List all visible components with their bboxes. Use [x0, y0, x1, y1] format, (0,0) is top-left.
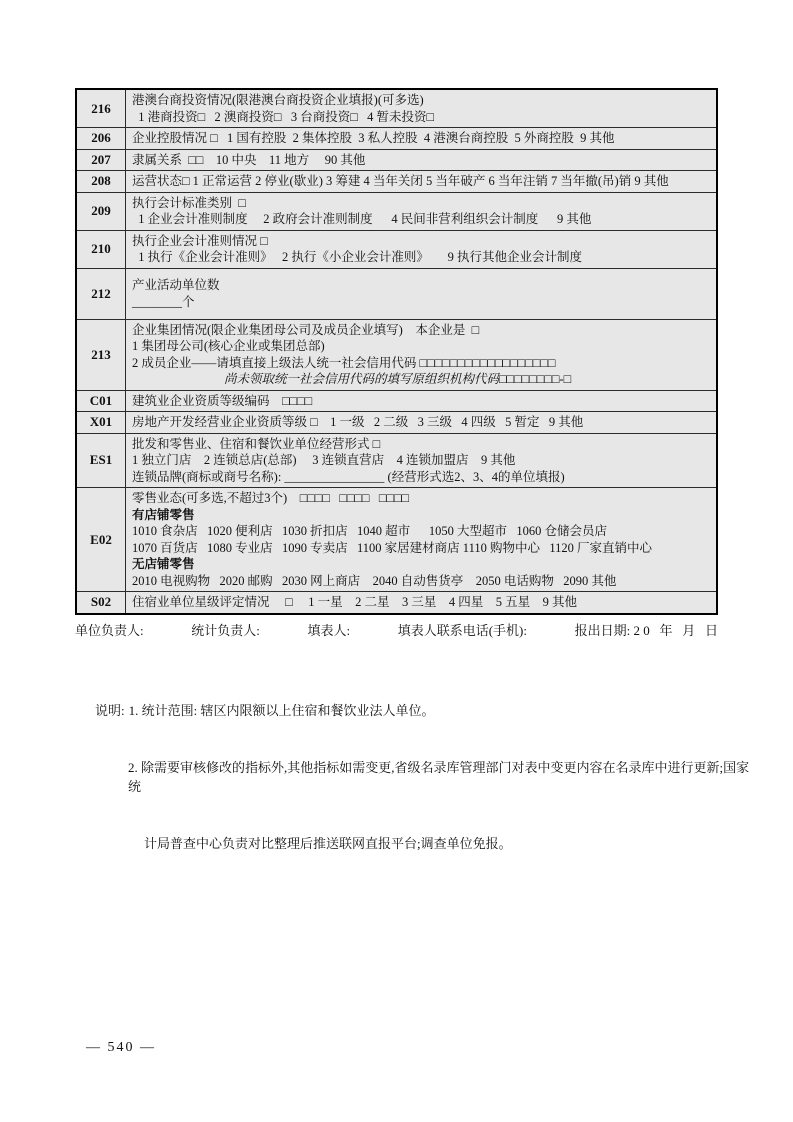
form-options-line: 2010 电视购物 2020 邮购 2030 网上商店 2040 自动售货亭 2…: [132, 573, 710, 590]
row-content: 企业控股情况 □ 1 国有控股 2 集体控股 3 私人控股 4 港澳台商控股 5…: [126, 128, 718, 150]
notes-label: 说明:: [95, 701, 125, 720]
form-filler-label: 填表人:: [307, 620, 350, 639]
row-code: 208: [76, 171, 126, 193]
org-code-note-line: 尚未领取统一社会信用代码的填写原组织机构代码□□□□□□□□-□: [224, 371, 710, 388]
row-content: 港澳台商投资情况(限港澳台商投资企业填报)(可多选) 1 港商投资□ 2 澳商投…: [126, 89, 718, 128]
form-options-line: 1 企业会计准则制度 2 政府会计准则制度 4 民间非营利组织会计制度 9 其他: [132, 211, 710, 228]
form-text-line: 零售业态(可多选,不超过3个) □□□□ □□□□ □□□□: [132, 490, 710, 507]
fill-blank-line: 连锁品牌(商标或商号名称): ________________ (经营形式选2、…: [132, 469, 710, 486]
row-code: C01: [76, 390, 126, 412]
notes-block: 说明: 1. 统计范围: 辖区内限额以上住宿和餐饮业法人单位。 2. 除需要审核…: [95, 663, 757, 891]
row-code: S02: [76, 592, 126, 614]
row-code: 216: [76, 89, 126, 128]
survey-table: 216 港澳台商投资情况(限港澳台商投资企业填报)(可多选) 1 港商投资□ 2…: [75, 88, 718, 615]
form-options-line: 住宿业单位星级评定情况 □ 1 一星 2 二星 3 三星 4 四星 5 五星 9…: [132, 594, 710, 611]
table-row-S02: S02 住宿业单位星级评定情况 □ 1 一星 2 二星 3 三星 4 四星 5 …: [76, 592, 717, 614]
form-options-line: 1 执行《企业会计准则》 2 执行《小企业会计准则》 9 执行其他企业会计制度: [132, 249, 710, 266]
table-row-ES1: ES1 批发和零售业、住宿和餐饮业单位经营形式 □ 1 独立门店 2 连锁总店(…: [76, 433, 717, 488]
form-options-line: 企业控股情况 □ 1 国有控股 2 集体控股 3 私人控股 4 港澳台商控股 5…: [132, 130, 710, 147]
form-sheet: 216 港澳台商投资情况(限港澳台商投资企业填报)(可多选) 1 港商投资□ 2…: [75, 88, 718, 891]
row-content: 房地产开发经营业企业资质等级 □ 1 一级 2 二级 3 三级 4 四级 5 暂…: [126, 412, 718, 434]
form-text-line: 执行企业会计准则情况 □: [132, 233, 710, 250]
row-content: 执行会计标准类别 □ 1 企业会计准则制度 2 政府会计准则制度 4 民间非营利…: [126, 192, 718, 230]
table-row-E02: E02 零售业态(可多选,不超过3个) □□□□ □□□□ □□□□ 有店铺零售…: [76, 488, 717, 592]
row-code: 213: [76, 319, 126, 390]
note-item-2-continued: 计局普查中心负责对比整理后推送联网直报平台;调查单位免报。: [144, 834, 757, 853]
row-content: 产业活动单位数 ________个: [126, 268, 718, 319]
form-options-line: 房地产开发经营业企业资质等级 □ 1 一级 2 二级 3 三级 4 四级 5 暂…: [132, 414, 710, 431]
row-content: 隶属关系 □□ 10 中央 11 地方 90 其他: [126, 149, 718, 171]
row-content: 住宿业单位星级评定情况 □ 1 一星 2 二星 3 三星 4 四星 5 五星 9…: [126, 592, 718, 614]
row-code: ES1: [76, 433, 126, 488]
form-text-line: 产业活动单位数: [132, 277, 710, 294]
table-row-212: 212 产业活动单位数 ________个: [76, 268, 717, 319]
form-text-line: 批发和零售业、住宿和餐饮业单位经营形式 □: [132, 436, 710, 453]
credit-code-boxes-line: 2 成员企业——请填直接上级法人统一社会信用代码 □□□□□□□□□□□□□□□…: [132, 355, 710, 372]
form-options-line: 1010 食杂店 1020 便利店 1030 折扣店 1040 超市 1050 …: [132, 523, 710, 540]
unit-head-label: 单位负责人:: [75, 620, 144, 639]
section-heading-nonstore-retail: 无店铺零售: [132, 556, 710, 573]
row-code: 212: [76, 268, 126, 319]
row-content: 企业集团情况(限企业集团母公司及成员企业填写) 本企业是 □ 1 集团母公司(核…: [126, 319, 718, 390]
table-row-206: 206 企业控股情况 □ 1 国有控股 2 集体控股 3 私人控股 4 港澳台商…: [76, 128, 717, 150]
form-options-line: 建筑业企业资质等级编码 □□□□: [132, 393, 710, 410]
table-row-207: 207 隶属关系 □□ 10 中央 11 地方 90 其他: [76, 149, 717, 171]
row-content: 零售业态(可多选,不超过3个) □□□□ □□□□ □□□□ 有店铺零售 101…: [126, 488, 718, 592]
table-row-C01: C01 建筑业企业资质等级编码 □□□□: [76, 390, 717, 412]
form-options-line: 1070 百货店 1080 专业店 1090 专卖店 1100 家居建材商店 1…: [132, 540, 710, 557]
form-options-line: 1 独立门店 2 连锁总店(总部) 3 连锁直营店 4 连锁加盟店 9 其他: [132, 452, 710, 469]
row-content: 运营状态□ 1 正常运营 2 停业(歇业) 3 筹建 4 当年关闭 5 当年破产…: [126, 171, 718, 193]
fill-blank-line: ________个: [132, 294, 710, 311]
page-number: — 540 —: [86, 1040, 156, 1056]
note-1-text: 1. 统计范围: 辖区内限额以上住宿和餐饮业法人单位。: [129, 701, 435, 720]
row-code: 210: [76, 230, 126, 268]
table-row-213: 213 企业集团情况(限企业集团母公司及成员企业填写) 本企业是 □ 1 集团母…: [76, 319, 717, 390]
table-row-208: 208 运营状态□ 1 正常运营 2 停业(歇业) 3 筹建 4 当年关闭 5 …: [76, 171, 717, 193]
row-code: 209: [76, 192, 126, 230]
report-date-label: 报出日期: 2 0 年 月 日: [575, 620, 718, 639]
form-text-line: 执行会计标准类别 □: [132, 195, 710, 212]
form-text-line: 企业集团情况(限企业集团母公司及成员企业填写) 本企业是 □: [132, 322, 710, 339]
table-row-X01: X01 房地产开发经营业企业资质等级 □ 1 一级 2 二级 3 三级 4 四级…: [76, 412, 717, 434]
table-row-209: 209 执行会计标准类别 □ 1 企业会计准则制度 2 政府会计准则制度 4 民…: [76, 192, 717, 230]
row-content: 执行企业会计准则情况 □ 1 执行《企业会计准则》 2 执行《小企业会计准则》 …: [126, 230, 718, 268]
row-code: 206: [76, 128, 126, 150]
form-text-line: 港澳台商投资情况(限港澳台商投资企业填报)(可多选): [132, 92, 710, 109]
row-code: 207: [76, 149, 126, 171]
row-content: 批发和零售业、住宿和餐饮业单位经营形式 □ 1 独立门店 2 连锁总店(总部) …: [126, 433, 718, 488]
form-options-line: 运营状态□ 1 正常运营 2 停业(歇业) 3 筹建 4 当年关闭 5 当年破产…: [132, 173, 710, 190]
form-options-line: 1 港商投资□ 2 澳商投资□ 3 台商投资□ 4 暂未投资□: [132, 109, 710, 126]
signature-line: 单位负责人: 统计负责人: 填表人: 填表人联系电话(手机): 报出日期: 2 …: [75, 620, 718, 639]
row-content: 建筑业企业资质等级编码 □□□□: [126, 390, 718, 412]
row-code: E02: [76, 488, 126, 592]
filler-phone-label: 填表人联系电话(手机):: [398, 620, 527, 639]
table-row-216: 216 港澳台商投资情况(限港澳台商投资企业填报)(可多选) 1 港商投资□ 2…: [76, 89, 717, 128]
form-options-line: 1 集团母公司(核心企业或集团总部): [132, 338, 710, 355]
stats-head-label: 统计负责人:: [191, 620, 260, 639]
note-item-1: 说明: 1. 统计范围: 辖区内限额以上住宿和餐饮业法人单位。: [95, 701, 757, 720]
form-options-line: 隶属关系 □□ 10 中央 11 地方 90 其他: [132, 152, 710, 169]
row-code: X01: [76, 412, 126, 434]
section-heading-store-retail: 有店铺零售: [132, 507, 710, 524]
note-item-2: 2. 除需要审核修改的指标外,其他指标如需变更,省级名录库管理部门对表中变更内容…: [128, 758, 757, 796]
table-row-210: 210 执行企业会计准则情况 □ 1 执行《企业会计准则》 2 执行《小企业会计…: [76, 230, 717, 268]
